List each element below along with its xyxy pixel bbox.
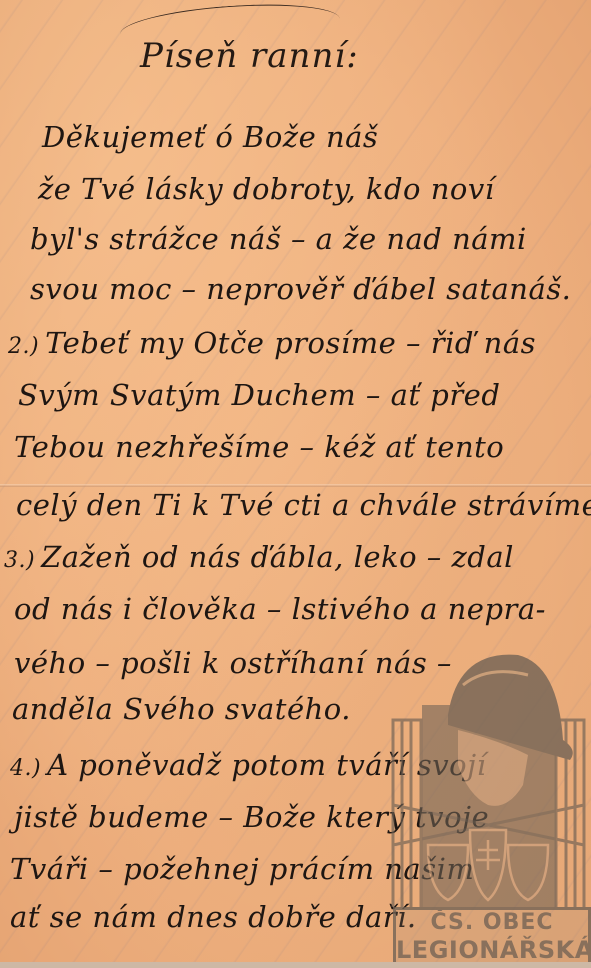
verse-number: 4.) (10, 756, 41, 781)
text-line: že Tvé lásky dobroty, kdo noví (38, 172, 495, 206)
page-bottom-edge (0, 962, 591, 968)
text-line: celý den Ti k Tvé cti a chvále strávíme (16, 488, 591, 522)
manuscript-page: Píseň ranní: Děkujemeť ó Bože náš že Tvé… (0, 0, 591, 968)
document-title: Píseň ranní: (140, 36, 359, 76)
text-line: svou moc – neprověř ďábel satanáš. (30, 272, 571, 306)
text-line: Svým Svatým Duchem – ať před (18, 378, 500, 412)
text-line: ať se nám dnes dobře daří. (10, 900, 417, 934)
paper-fold-line (0, 484, 591, 487)
verse-line: 3.)Zažeň od nás ďábla, leko – zdal (4, 540, 514, 574)
watermark-label-box: ČS. OBEC LEGIONÁŘSKÁ (393, 907, 591, 968)
text-line: Zažeň od nás ďábla, leko – zdal (41, 540, 514, 574)
text-line: vého – pošli k ostříhaní nás – (14, 646, 452, 680)
text-line: anděla Svého svatého. (12, 692, 351, 726)
watermark-line-1: ČS. OBEC (396, 910, 588, 935)
soldier-emblem-icon (388, 645, 588, 907)
legion-watermark-logo: ČS. OBEC LEGIONÁŘSKÁ (388, 645, 588, 963)
text-line: byl's strážce náš – a že nad námi (30, 222, 527, 256)
verse-number: 3.) (4, 548, 35, 573)
text-line: od nás i člověka – lstivého a nepra- (14, 592, 546, 626)
verse-line: 2.)Tebeť my Otče prosíme – řiď nás (8, 326, 536, 360)
text-line: Děkujemeť ó Bože náš (42, 120, 378, 154)
text-line: Tebeť my Otče prosíme – řiď nás (45, 326, 536, 360)
verse-number: 2.) (8, 334, 39, 359)
watermark-line-2: LEGIONÁŘSKÁ (396, 936, 588, 964)
text-line: Tebou nezhřešíme – kéž ať tento (14, 430, 504, 464)
